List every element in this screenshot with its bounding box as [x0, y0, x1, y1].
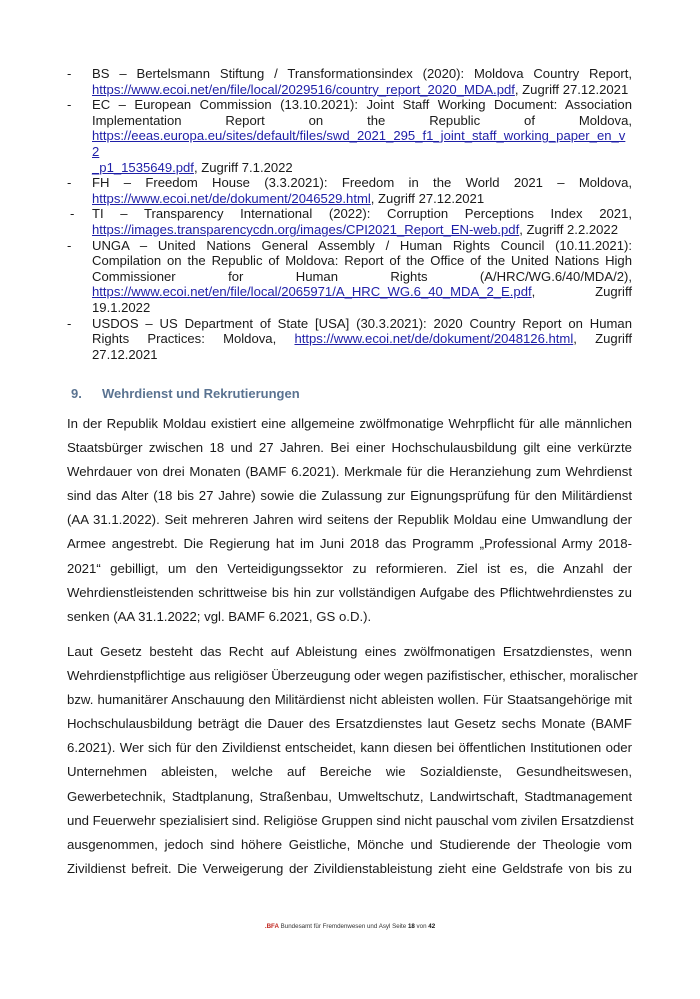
reference-link-unga[interactable]: https://www.ecoi.net/en/file/local/20659… — [92, 284, 532, 299]
reference-item-fh: - FH – Freedom House (3.3.2021): Freedom… — [67, 175, 632, 206]
reference-item-ec: - EC – European Commission (13.10.2021):… — [67, 97, 632, 175]
access-date: , Zugriff 27.12.2021 — [515, 82, 628, 97]
reference-text: USDOS – US Department of State [USA] (30… — [92, 316, 632, 332]
access-date: 27.12.2021 — [92, 347, 632, 363]
reference-link-ti[interactable]: https://images.transparencycdn.org/image… — [92, 222, 519, 237]
access-label: , Zugriff — [573, 331, 632, 346]
paragraph-military-service: In der Republik Moldau existiert eine al… — [67, 412, 632, 629]
current-page-number: 18 — [408, 923, 415, 930]
total-pages: 42 — [428, 923, 435, 930]
document-page: - BS – Bertelsmann Stiftung / Transforma… — [0, 0, 700, 999]
bullet-dash: - — [70, 206, 74, 222]
text-line: Armee angestrebt. Die Regierung hat im J… — [67, 532, 632, 556]
reference-text: Rights Practices: Moldova, — [92, 331, 276, 346]
footer-text: Bundesamt für Fremdenwesen und Asyl Seit… — [279, 923, 408, 930]
reference-link-usdos[interactable]: https://www.ecoi.net/de/dokument/2048126… — [294, 331, 573, 346]
reference-text: EC – European Commission (13.10.2021): J… — [92, 97, 632, 113]
text-line: sind das Alter (18 bis 27 Jahre) sowie d… — [67, 484, 632, 508]
text-line: senken (AA 31.1.2022; vgl. BAMF 6.2021, … — [67, 605, 632, 629]
reference-text: Implementation Report on the Republic of… — [92, 113, 632, 129]
page-footer: .BFA Bundesamt für Fremdenwesen und Asyl… — [0, 923, 700, 930]
text-line: (AA 31.1.2022). Seit mehreren Jahren wir… — [67, 508, 632, 532]
text-line: Wehrdienstpflichtige aus religiöser Über… — [67, 664, 632, 688]
text-line: und Feuerwehr spezialisiert sind. Religi… — [67, 809, 632, 833]
reference-text: FH – Freedom House (3.3.2021): Freedom i… — [92, 175, 632, 191]
reference-link-fh[interactable]: https://www.ecoi.net/de/dokument/2046529… — [92, 191, 371, 206]
section-number: 9. — [71, 386, 102, 401]
text-line: Hochschulausbildung beträgt die Dauer de… — [67, 712, 632, 736]
bullet-dash: - — [67, 238, 71, 254]
access-date: , Zugriff 2.2.2022 — [519, 222, 618, 237]
paragraph-alternative-service: Laut Gesetz besteht das Recht auf Ableis… — [67, 640, 632, 881]
text-line: Wehrdauer von drei Monaten (BAMF 6.2021)… — [67, 460, 632, 484]
reference-item-usdos: - USDOS – US Department of State [USA] (… — [67, 316, 632, 363]
text-line: 2021“ gebilligt, um den Verteidigungssek… — [67, 557, 632, 581]
reference-text: UNGA – United Nations General Assembly /… — [92, 238, 632, 254]
reference-item-unga: - UNGA – United Nations General Assembly… — [67, 238, 632, 316]
text-line: In der Republik Moldau existiert eine al… — [67, 412, 632, 436]
text-line: 6.2021). Wer sich für den Zivildienst en… — [67, 736, 632, 760]
reference-link-ec-continued[interactable]: _p1_1535649.pdf — [92, 160, 194, 175]
reference-item-ti: - TI – Transparency International (2022)… — [67, 206, 632, 237]
reference-item-bs: - BS – Bertelsmann Stiftung / Transforma… — [67, 66, 632, 97]
reference-text: Commissioner for Human Rights (A/HRC/WG.… — [92, 269, 632, 285]
text-line: Unternehmen ableisten, welche auf Bereic… — [67, 760, 632, 784]
reference-link-ec[interactable]: https://eeas.europa.eu/sites/default/fil… — [92, 128, 625, 159]
text-line: Laut Gesetz besteht das Recht auf Ableis… — [67, 640, 632, 664]
bullet-dash: - — [67, 175, 71, 191]
reference-text: Compilation on the Republic of Moldova: … — [92, 253, 632, 269]
access-label: , Zugriff — [532, 284, 632, 299]
text-line: bzw. humanitärer Anschauung den Militärd… — [67, 688, 632, 712]
access-date: 19.1.2022 — [92, 300, 632, 316]
text-line: Wehrdienstleistenden schrittweise bis hi… — [67, 581, 632, 605]
bullet-dash: - — [67, 66, 71, 82]
bullet-dash: - — [67, 316, 71, 332]
reference-text: TI – Transparency International (2022): … — [92, 206, 632, 222]
bfa-logo: .BFA — [265, 923, 279, 930]
reference-list: - BS – Bertelsmann Stiftung / Transforma… — [67, 66, 632, 362]
text-line: Staatsbürger zwischen 18 und 27 Jahren. … — [67, 436, 632, 460]
section-title: Wehrdienst und Rekrutierungen — [102, 386, 300, 401]
reference-link-bs[interactable]: https://www.ecoi.net/en/file/local/20295… — [92, 82, 515, 97]
text-line: Gewerbetechnik, Stadtplanung, Straßenbau… — [67, 785, 632, 809]
bullet-dash: - — [67, 97, 71, 113]
reference-text: BS – Bertelsmann Stiftung / Transformati… — [92, 66, 632, 82]
section-heading: 9.Wehrdienst und Rekrutierungen — [71, 386, 300, 401]
text-line: ausgenommen, jedoch sind höhere Geistlic… — [67, 833, 632, 857]
access-date: , Zugriff 27.12.2021 — [371, 191, 484, 206]
text-line: Zivildienst befreit. Die Verweigerung de… — [67, 857, 632, 881]
access-date: , Zugriff 7.1.2022 — [194, 160, 293, 175]
